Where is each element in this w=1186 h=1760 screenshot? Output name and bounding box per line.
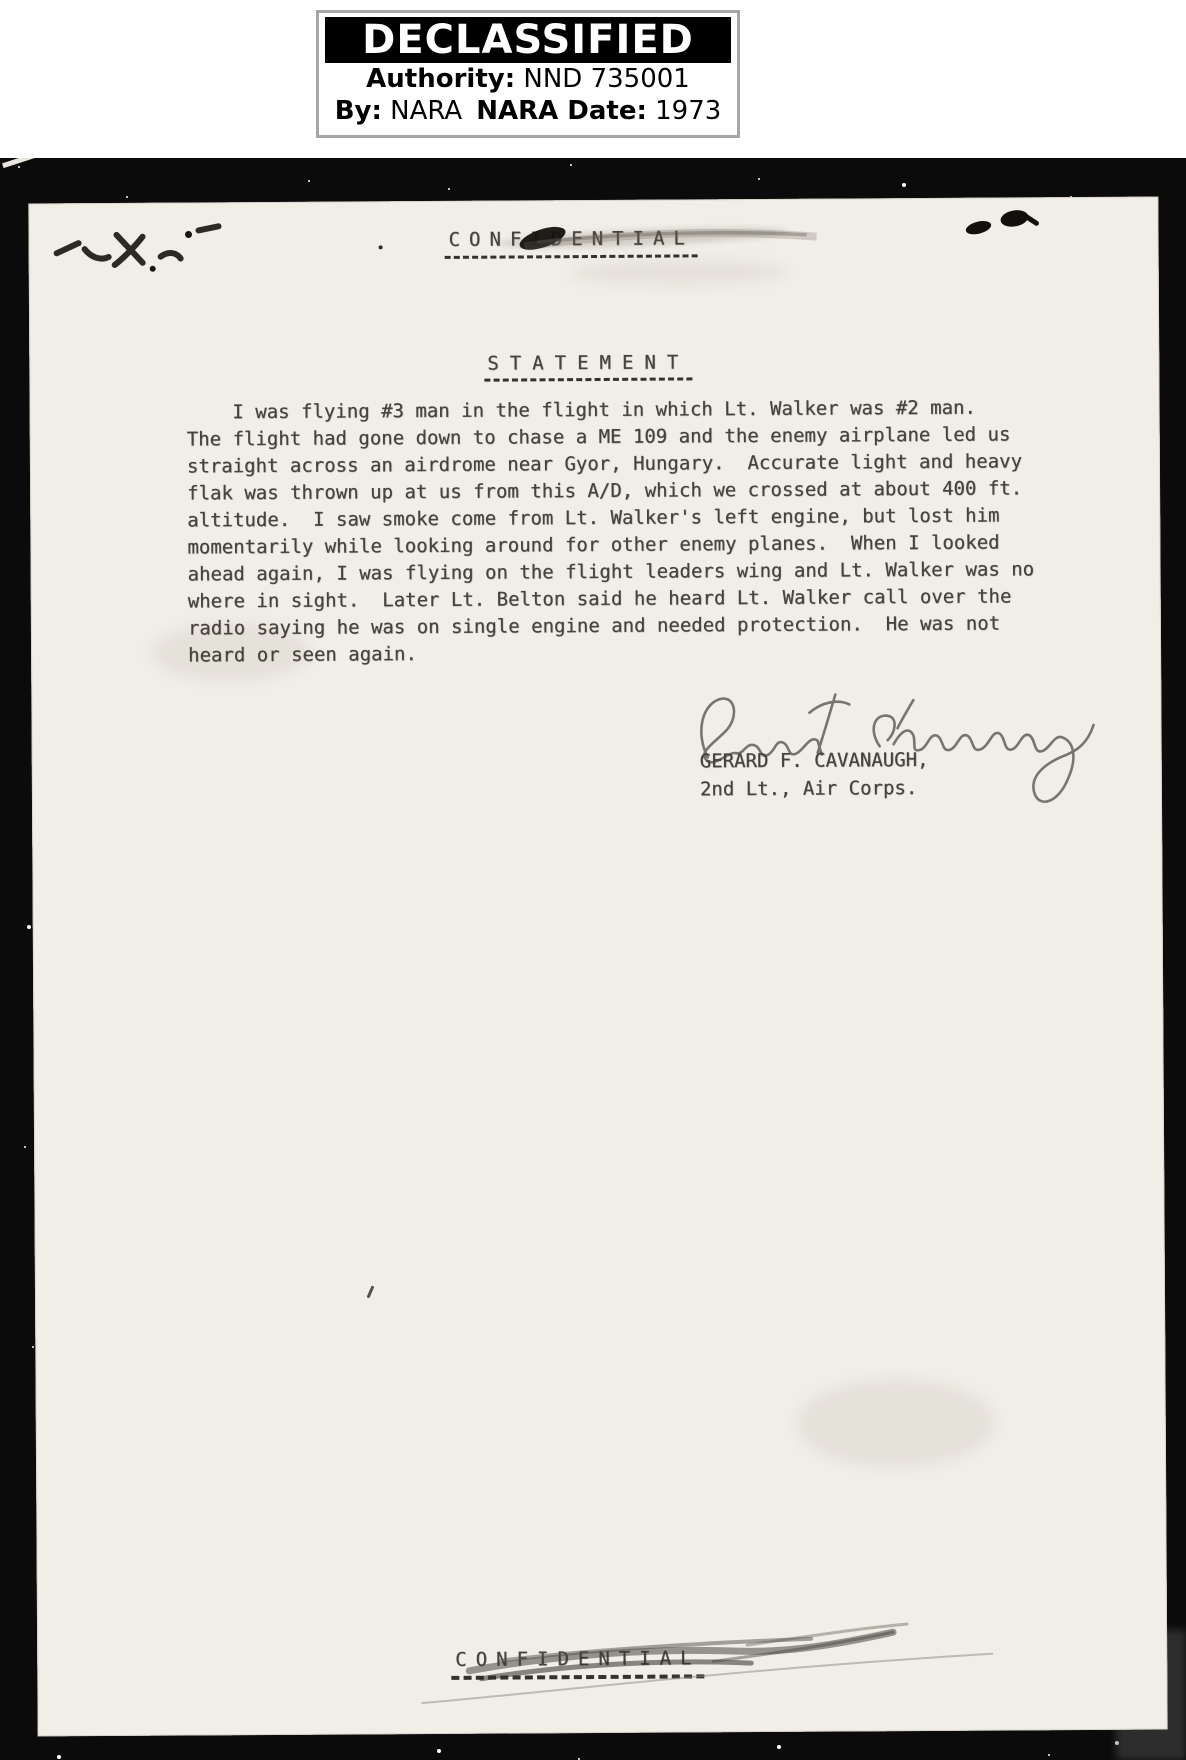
authority-label: Authority: xyxy=(366,64,515,94)
date-value: 1973 xyxy=(655,96,721,126)
statement-body: I was flying #3 man in the flight in whi… xyxy=(187,394,1035,669)
document-page: CONFIDENTIAL STATEMENT I was flying #3 m… xyxy=(28,197,1167,1737)
body-line: radio saying he was on single engine and… xyxy=(188,610,1035,642)
ink-scribble-top-left xyxy=(48,216,238,279)
stray-ink-dot xyxy=(379,245,383,249)
stray-pen-tick xyxy=(367,1285,375,1298)
authority-value: NND 735001 xyxy=(523,64,689,94)
paper-blotch xyxy=(796,1378,997,1469)
by-date-line: By: NARANARA Date: 1973 xyxy=(325,95,731,127)
paper-blotch xyxy=(569,259,789,286)
classification-top-strikeout xyxy=(506,217,826,261)
by-label: By: xyxy=(335,96,382,126)
signature-title: 2nd Lt., Air Corps. xyxy=(700,774,918,803)
declassified-stamp: DECLASSIFIED Authority: NND 735001 By: N… xyxy=(316,10,740,138)
statement-heading: STATEMENT xyxy=(484,351,692,381)
signature-typed-name: GERARD F. CAVANAUGH, xyxy=(700,746,929,775)
film-speckles xyxy=(18,166,20,168)
authority-line: Authority: NND 735001 xyxy=(325,63,731,95)
scanned-page-frame: CONFIDENTIAL STATEMENT I was flying #3 m… xyxy=(0,158,1186,1760)
ink-blob-top-right xyxy=(956,201,1066,242)
classification-bottom-strikeout xyxy=(407,1615,1038,1719)
date-label: NARA Date: xyxy=(476,96,647,126)
declassified-title: DECLASSIFIED xyxy=(325,17,731,63)
by-value: NARA xyxy=(390,96,462,126)
